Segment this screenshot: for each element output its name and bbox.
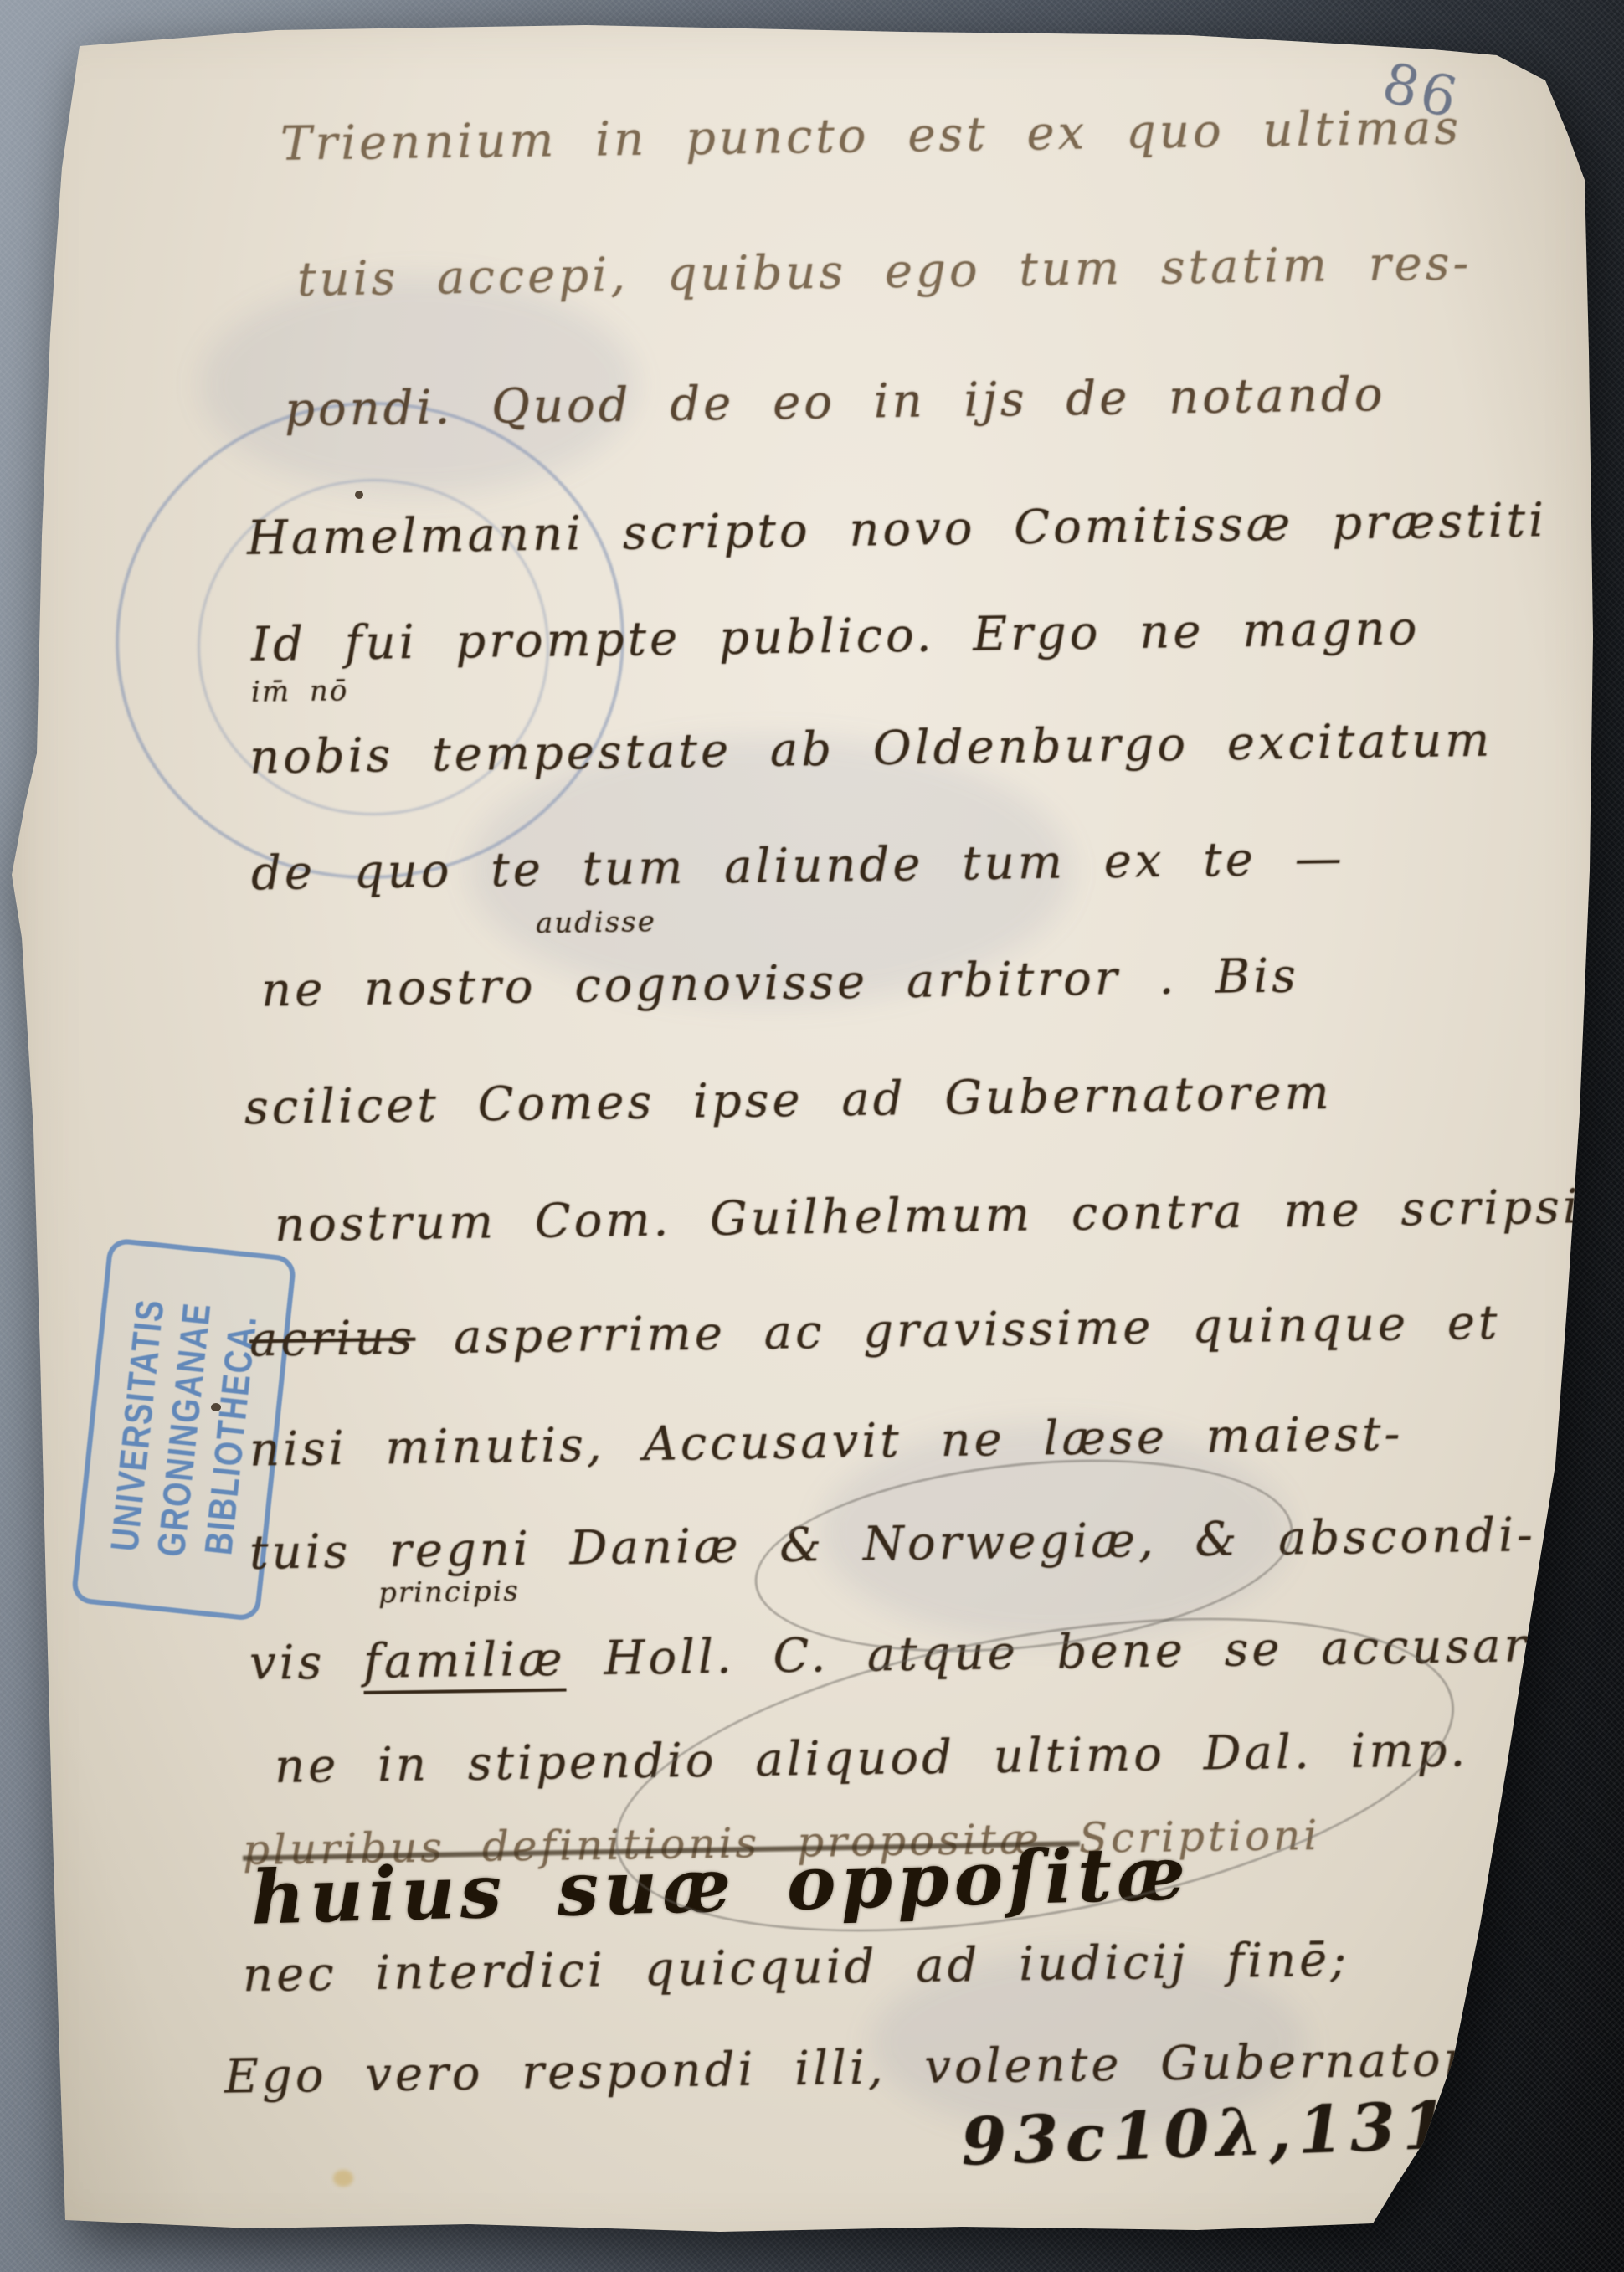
manuscript-photo: UNIVERSITATIS GRONINGANAE BIBLIOTHECA. 8… [0,0,1624,2272]
struck-word: acrius [249,1311,416,1368]
ink-speck [355,491,363,499]
paper-stain [333,2170,353,2187]
underlined-word: familiæ [363,1632,567,1694]
manuscript-superscript: audisse [536,905,656,940]
ink-speck [211,1403,221,1411]
paper-clip: UNIVERSITATIS GRONINGANAE BIBLIOTHECA. 8… [0,0,1624,2272]
manuscript-superscript: principis [378,1575,520,1610]
manuscript-superscript: im̄ nō [251,674,349,709]
line-pre: vis [249,1635,364,1691]
paper-sheet: UNIVERSITATIS GRONINGANAE BIBLIOTHECA. 8… [0,0,1624,2272]
